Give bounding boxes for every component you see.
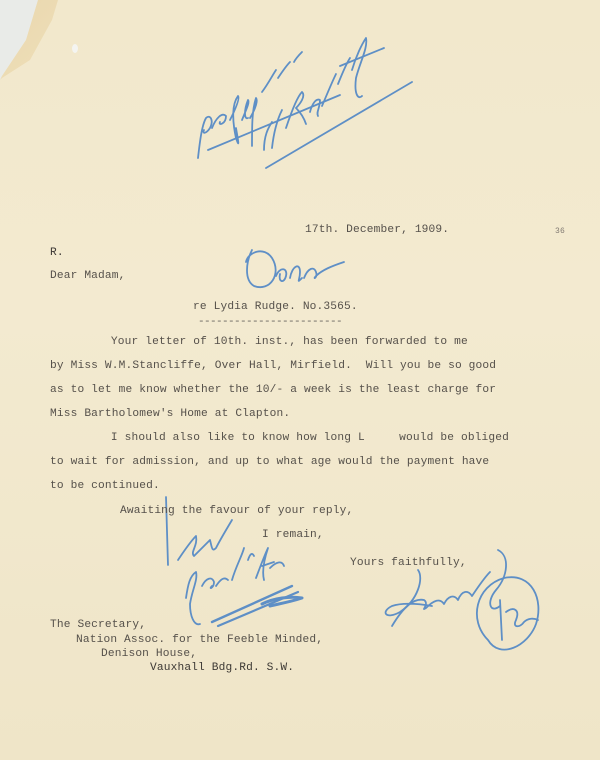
letter-page	[0, 0, 600, 760]
body-line-6: to wait for admission, and up to what ag…	[50, 456, 489, 468]
subject-underline: ------------------------	[198, 316, 342, 328]
subject-line: re Lydia Rudge. No.3565.	[193, 301, 358, 313]
recipient-line-2: Nation Assoc. for the Feeble Minded,	[76, 634, 323, 646]
margin-number: 36	[555, 227, 565, 236]
recipient-line-1: The Secretary,	[50, 619, 146, 631]
body-line-2: by Miss W.M.Stancliffe, Over Hall, Mirfi…	[50, 360, 496, 372]
recipient-line-3: Denison House,	[101, 648, 197, 660]
body-line-4: Miss Bartholomew's Home at Clapton.	[50, 408, 290, 420]
reference-initial: R.	[50, 247, 64, 259]
body-line-5: I should also like to know how long L wo…	[56, 432, 509, 444]
body-line-7: to be continued.	[50, 480, 160, 492]
valediction: Yours faithfully,	[350, 557, 467, 569]
body-line-3: as to let me know whether the 10/- a wee…	[50, 384, 496, 396]
salutation: Dear Madam,	[50, 270, 126, 282]
body-line-1: Your letter of 10th. inst., has been for…	[56, 336, 468, 348]
closing-line: Awaiting the favour of your reply,	[120, 505, 353, 517]
recipient-line-4: Vauxhall Bdg.Rd. S.W.	[150, 662, 294, 674]
punch-hole	[72, 44, 78, 53]
i-remain: I remain,	[262, 529, 324, 541]
letter-date: 17th. December, 1909.	[305, 224, 449, 236]
